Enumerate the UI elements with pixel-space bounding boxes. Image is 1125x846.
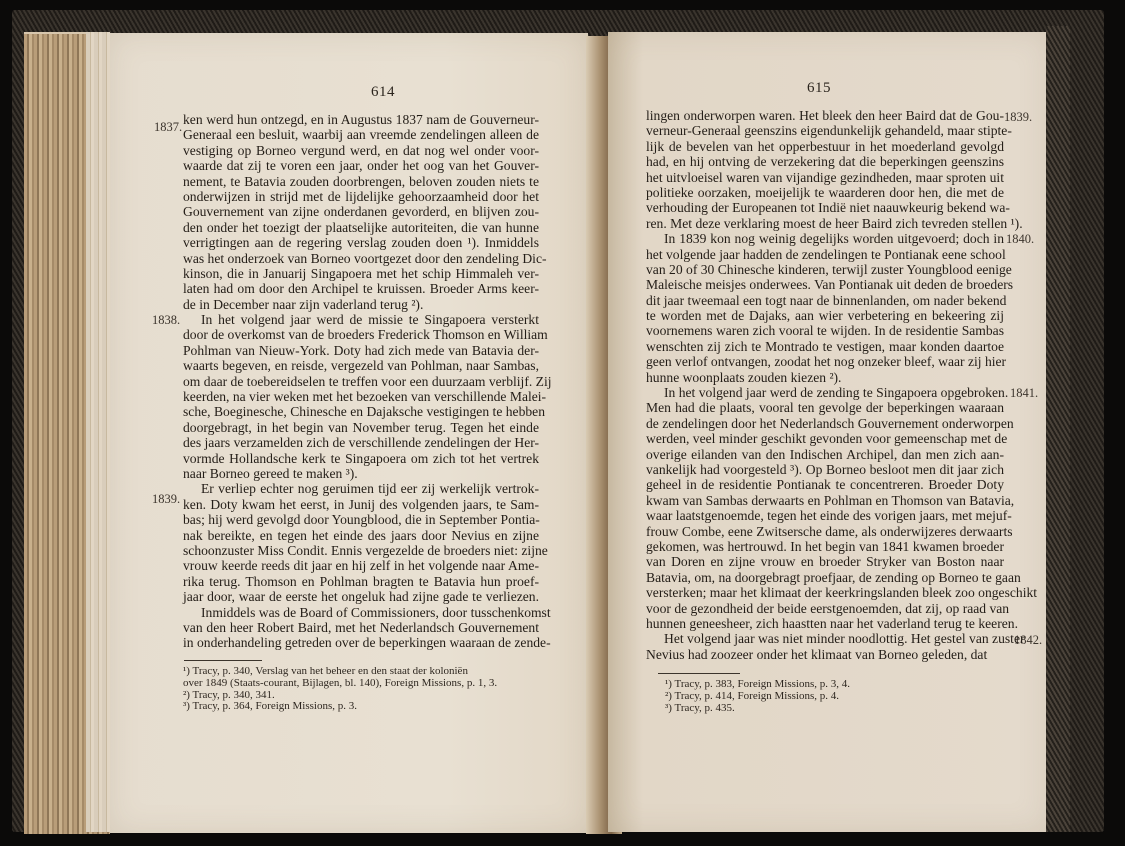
- text-line: bas; hij werd gevolgd door Youngblood, d…: [183, 512, 539, 527]
- margin-year: 1839.: [152, 492, 180, 507]
- text-line: van den heer Robert Baird, met het Neder…: [183, 620, 539, 635]
- text-line: gekomen, was hertrouwd. In het begin van…: [646, 539, 1004, 554]
- text-line: Batavia, om, na doorgebragt proefjaar, d…: [646, 570, 1004, 585]
- footnote-rule: [184, 660, 262, 661]
- margin-year: 1838.: [152, 313, 180, 328]
- text-line: laten had om door den Archipel te kruiss…: [183, 281, 539, 296]
- text-line: vrouw keerde reeds dit jaar en hij zelf …: [183, 558, 539, 573]
- text-line: lingen onderworpen waren. Het bleek den …: [646, 108, 1004, 123]
- text-line: sche, Boeginesche, Chinesche en Dajaksch…: [183, 404, 539, 419]
- footnote: ³) Tracy, p. 364, Foreign Missions, p. 3…: [183, 701, 539, 713]
- text-line: waarde dat zij te voren een jaar, onder …: [183, 158, 539, 173]
- text-line: In het volgend jaar werd de missie te Si…: [183, 312, 539, 327]
- text-line: vestiging op Borneo vergund werd, en dat…: [183, 143, 539, 158]
- footnote: ²) Tracy, p. 414, Foreign Missions, p. 4…: [665, 691, 1005, 703]
- text-line: Men had die plaats, vooral ten gevolge d…: [646, 400, 1004, 415]
- text-line: nak bereikte, en tegen het einde des jaa…: [183, 528, 539, 543]
- text-line: In 1839 kon nog weinig degelijks worden …: [646, 231, 1004, 246]
- text-line: kinson, die in Januarij Singapoera met h…: [183, 266, 539, 281]
- text-line: in onderhandeling getreden over de beper…: [183, 635, 539, 650]
- text-line: voor de gezondheid der beide eerstgenoem…: [646, 601, 1004, 616]
- text-line: frouw Combe, eene Zwitsersche dame, als …: [646, 524, 1004, 539]
- text-line: den onder het toezigt der plaatselijke a…: [183, 220, 539, 235]
- text-line: Er verliep echter nog geruimen tijd eer …: [183, 481, 539, 496]
- text-line: geheel in de residentie Pontianak te con…: [646, 477, 1004, 492]
- page-number-right: 615: [807, 80, 831, 97]
- text-line: de in December naar zijn vaderland terug…: [183, 297, 539, 312]
- page-number-left: 614: [371, 84, 395, 101]
- text-line: wenschten zij zich te Montrado te vestig…: [646, 339, 1004, 354]
- text-line: ken werd hun ontzegd, en in Augustus 183…: [183, 112, 539, 127]
- right-page-body: lingen onderworpen waren. Het bleek den …: [646, 108, 1004, 662]
- text-line: door de overkomst van de broeders Freder…: [183, 327, 539, 342]
- footnote-rule: [658, 673, 740, 674]
- text-line: rika terug. Thomson en Pohlman bragten t…: [183, 574, 539, 589]
- text-line: onderwijzen in strijd met de lijdelijke …: [183, 189, 539, 204]
- text-line: vormde Hollandsche kerk te Singapoera om…: [183, 451, 539, 466]
- text-line: het volgende jaar hadden de zendelingen …: [646, 247, 1004, 262]
- text-line: ren. Met deze verklaring moest de heer B…: [646, 216, 1004, 231]
- text-line: vankelijk had voorgesteld ³). Op Borneo …: [646, 462, 1004, 477]
- text-line: had, en hij ontving de verzekering dat d…: [646, 154, 1004, 169]
- text-line: van Doren en zijne vrouw en broeder Stry…: [646, 554, 1004, 569]
- text-line: was het onderzoek van Borneo voortgezet …: [183, 251, 539, 266]
- text-line: werden, veel minder geschikt gevonden vo…: [646, 431, 1004, 446]
- text-line: het uitvloeisel waren van vijandige gezi…: [646, 170, 1004, 185]
- text-line: lijk de bevelen van het opperbestuur in …: [646, 139, 1004, 154]
- text-line: verrigtingen aan de regering verslag zou…: [183, 235, 539, 250]
- text-line: om daar de toebereidselen te treffen voo…: [183, 374, 539, 389]
- text-line: keerden, na vier weken met het bezoeken …: [183, 389, 539, 404]
- text-line: verneur-Generaal geenszins eigendunkelij…: [646, 123, 1004, 138]
- margin-year: 1837.: [154, 120, 182, 135]
- text-line: overige eilanden van den Indischen Archi…: [646, 447, 1004, 462]
- text-line: versterken; maar het klimaat der keerkri…: [646, 585, 1004, 600]
- right-page-footnotes: ¹) Tracy, p. 383, Foreign Missions, p. 3…: [665, 679, 1005, 714]
- text-line: schoonzuster Miss Condit. Ennis vergezel…: [183, 543, 539, 558]
- text-line: Nevius had zoozeer onder het klimaat van…: [646, 647, 1004, 662]
- footnote: over 1849 (Staats-courant, Bijlagen, bl.…: [183, 678, 539, 690]
- text-line: naar Borneo gereed te maken ³).: [183, 466, 539, 481]
- text-line: Generaal een besluit, waarbij aan vreemd…: [183, 127, 539, 142]
- text-line: doorgebragt, in het begin van November t…: [183, 420, 539, 435]
- text-line: dit jaar tweemaal een togt naar de binne…: [646, 293, 1004, 308]
- left-page-footnotes: ¹) Tracy, p. 340, Verslag van het beheer…: [183, 666, 539, 713]
- text-line: Maleische meisjes onderwees. Van Pontian…: [646, 277, 1004, 292]
- text-line: kwam van Sambas derwaarts en Pohlman en …: [646, 493, 1004, 508]
- margin-year: 1841.: [1010, 386, 1038, 401]
- book-cover-edge: [1046, 26, 1070, 832]
- text-line: te worden met de Dajaks, aan wier verbet…: [646, 308, 1004, 323]
- text-line: politieke oorzaken, moeijelijk te waarde…: [646, 185, 1004, 200]
- text-line: ken. Doty kwam het eerst, in Junij des v…: [183, 497, 539, 512]
- text-line: van 20 of 30 Chinesche kinderen, terwijl…: [646, 262, 1004, 277]
- text-line: Pohlman van Nieuw-York. Doty had zich me…: [183, 343, 539, 358]
- page-stack: [86, 32, 110, 832]
- text-line: verhouding der Europeanen tot Indië niet…: [646, 200, 1004, 215]
- text-line: hunne woonplaats zouden kiezen ²).: [646, 370, 1004, 385]
- text-line: geen verlof ontvangen, zoodat het nog on…: [646, 354, 1004, 369]
- footnote: ³) Tracy, p. 435.: [665, 703, 1005, 715]
- text-line: In het volgend jaar werd de zending te S…: [646, 385, 1004, 400]
- text-line: jaar door, waar de eerste het ongeluk ha…: [183, 589, 539, 604]
- text-line: des jaars verzamelden zich de verschille…: [183, 435, 539, 450]
- text-line: hunnen geneesheer, zich haastten naar he…: [646, 616, 1004, 631]
- left-page-body: ken werd hun ontzegd, en in Augustus 183…: [183, 112, 539, 651]
- text-line: de zendelingen door het Nederlandsch Gou…: [646, 416, 1004, 431]
- text-line: nement, te Batavia zouden doorbrengen, b…: [183, 174, 539, 189]
- text-line: Inmiddels was de Board of Commissioners,…: [183, 605, 539, 620]
- text-line: Het volgend jaar was niet minder noodlot…: [646, 631, 1004, 646]
- text-line: waarts begeven, en reisde, vergezeld van…: [183, 358, 539, 373]
- margin-year: 1840.: [1006, 232, 1034, 247]
- text-line: waar laatstgenoemde, tegen het einde des…: [646, 508, 1004, 523]
- text-line: voornemens waren zich vooral te wijden. …: [646, 323, 1004, 338]
- text-line: Gouvernement van zijne onderdanen gevord…: [183, 204, 539, 219]
